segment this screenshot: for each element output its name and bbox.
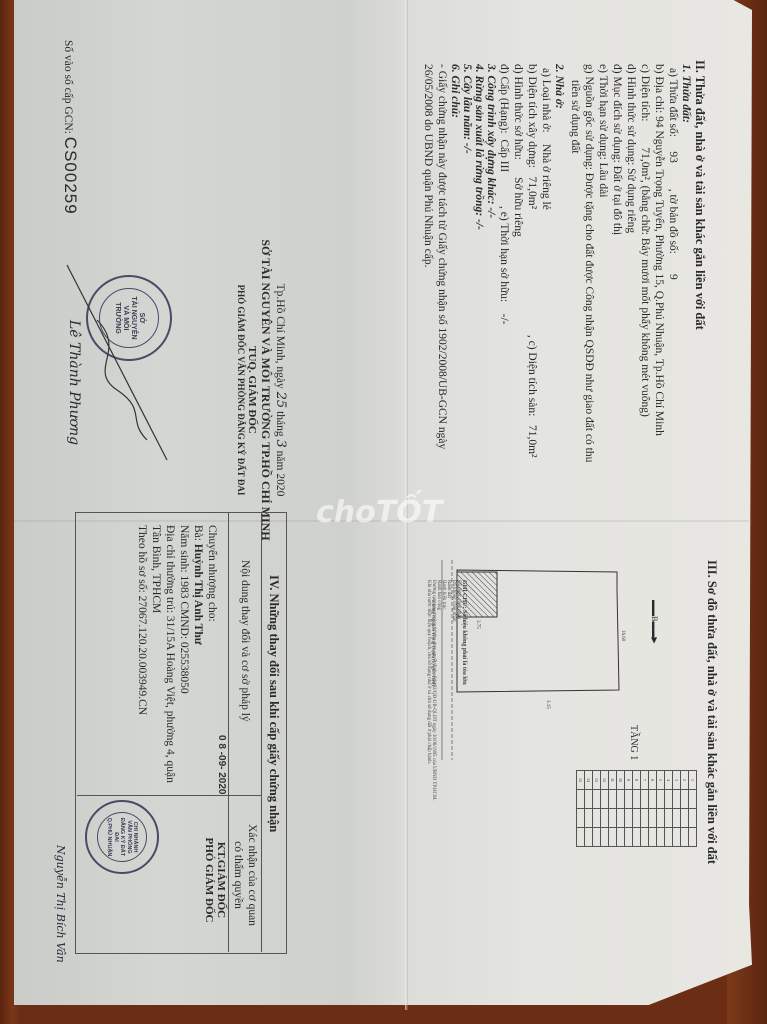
legend-item: Ranh kiến trúc	[441, 580, 446, 801]
notes-heading: 6. Ghi chú:	[449, 64, 461, 462]
section-iv-title: IV. Những thay đổi sau khi cấp giấy chứn…	[266, 575, 281, 832]
item-3: 3. Công trình xây dựng khác: -/-	[485, 64, 497, 462]
section-iv-divider	[261, 512, 262, 952]
legend-title: GHI CHÚ: Số hiệu không phải là tòa lớn	[461, 580, 467, 801]
item-5: 5. Cây lâu năm: -/-	[461, 64, 473, 462]
issuer-name: SỞ TÀI NGUYÊN VÀ MÔI TRƯỜNG TP.HỒ CHÍ MI…	[258, 230, 273, 550]
notes-line-2: 26/05/2008 do UBND quận Phú Nhuận cấp.	[421, 64, 435, 462]
section-ii-title: II. Thửa đất, nhà ở và tài sản khác gắn …	[692, 60, 707, 462]
land-g: g) Nguồn gốc sử dụng: Được tặng cho đất …	[582, 64, 596, 462]
house-dd-e: đ) Cấp (Hạng): Cấp III , e) Thời hạn sở …	[497, 64, 511, 462]
section-iv-header-divider	[228, 512, 229, 952]
section-iv-signer: Nguyễn Thị Bích Vân	[54, 845, 67, 963]
registry-number-value: CS00259	[61, 137, 80, 215]
svg-text:16.60: 16.60	[620, 630, 625, 642]
legend-item: Đã được công nhận	[456, 580, 461, 801]
land-c: c) Diện tích: 71,0m², (bằng chữ: Bảy mươ…	[638, 64, 652, 462]
section-iv-col2-header: Xác nhận của cơ quan có thẩm quyền	[231, 805, 259, 945]
notes-line-1: - Giấy chứng nhận này được tách từ Giấy …	[435, 64, 449, 462]
land-e: e) Thời hạn sử dụng: Lâu dài	[596, 64, 610, 462]
north-arrow: ▬▬B▬▬▶	[650, 600, 659, 644]
issuer-sub: TUQ. GIÁM ĐỐC	[246, 230, 258, 550]
house-d: d) Hình thức sở hữu: Sở hữu riêng	[511, 64, 525, 462]
legend-item: Đã không công nhận	[451, 580, 456, 801]
house-heading: 2. Nhà ở:	[553, 64, 565, 462]
diagram-legend: GHI CHÚ: Số hiệu không phải là tòa lớn Đ…	[426, 580, 467, 801]
section-iii-title: III. Sơ đồ thửa đất, nhà ở và tài sản kh…	[704, 560, 719, 864]
land-g-cont: tiền sử dụng đất	[568, 80, 582, 462]
date-stamp: 0 8 -09- 2020	[216, 735, 227, 795]
land-b: b) Địa chỉ: 94 Nguyễn Trọng Tuyển, Phườn…	[652, 64, 666, 462]
signer-name: Lê Thành Phương	[66, 320, 82, 445]
place-date: Tp.Hồ Chí Minh, ngày 25 tháng 3 năm 2020	[273, 230, 287, 550]
land-a: a) Thửa đất số: 93 , tờ bản đồ số: 9	[666, 68, 680, 462]
legend-note: Đường quy hoạch rộng 16.0m theo quyết đị…	[431, 580, 436, 801]
transfer-entry: Chuyển nhượng cho: Bà: Huỳnh Thị Anh Thư…	[135, 525, 219, 783]
coordinate-table: 1 2 3 4 5 6 7 8 9 10 11 12 13 14 15	[576, 770, 697, 847]
section-iv-col-divider	[77, 795, 262, 796]
issuer-block: Tp.Hồ Chí Minh, ngày 25 tháng 3 năm 2020…	[236, 230, 287, 550]
section-iv-col1-header: Nội dung thay đổi và cơ sở pháp lý	[238, 560, 252, 722]
svg-text:3.15: 3.15	[545, 700, 550, 709]
item-4: 4. Rừng sản xuất là rừng trồng: -/-	[473, 64, 485, 462]
land-heading: 1. Thửa đất:	[680, 64, 692, 462]
legend-item: Ranh ban công	[436, 580, 441, 801]
watermark: choTỐT	[316, 495, 442, 530]
section-ii: II. Thửa đất, nhà ở và tài sản khác gắn …	[421, 60, 707, 462]
land-dd: đ) Mục đích sử dụng: Đất ở tại đô thị	[610, 64, 624, 462]
branch-seal: CHI NHÁNH VĂN PHÒNG ĐĂNG KÝ ĐẤT ĐAI Q.PH…	[85, 800, 159, 874]
land-d: d) Hình thức sử dụng: Sử dụng riêng	[624, 64, 638, 462]
house-b-c: b) Diện tích xây dựng: 71,0m² , c) Diện …	[525, 64, 539, 462]
confirm-title: KT.GIÁM ĐỐC PHÓ GIÁM ĐỐC	[203, 815, 227, 945]
svg-text:3.75: 3.75	[475, 620, 480, 629]
registry-number-label: Số vào sổ cấp GCN:	[62, 40, 74, 134]
house-a: a) Loại nhà ở: Nhà ở riêng lẻ	[539, 68, 553, 462]
registry-number: Số vào sổ cấp GCN: CS00259	[61, 40, 77, 215]
signer-title: PHÓ GIÁM ĐỐC VĂN PHÒNG ĐĂNG KÝ ĐẤT ĐAI	[236, 230, 246, 550]
